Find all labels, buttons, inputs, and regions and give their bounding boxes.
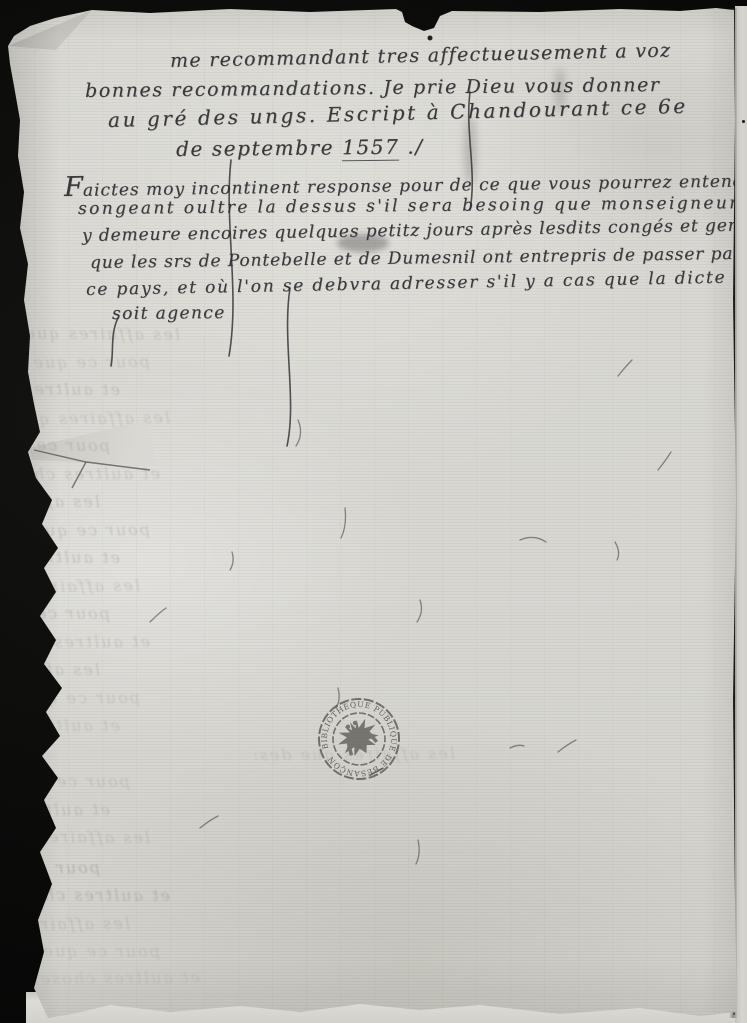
flourish-stroke xyxy=(287,288,291,446)
bleedthrough-line: et aultres choses semblables a quoy il c… xyxy=(0,800,110,822)
bleedthrough-line: et aultres choses semblables a quoy il c… xyxy=(0,377,120,399)
bleedthrough-line: pour ce que dessus est dict et accordé e… xyxy=(0,940,160,961)
bleedthrough-line: les affaires que dessus en la ville et a… xyxy=(0,487,100,511)
bleedthrough-line: les affaires que dessus en la ville et a… xyxy=(0,321,180,344)
date-year-underlined: 1557 xyxy=(342,135,400,162)
bleedthrough-line: les affaires que dessus en la ville et a… xyxy=(0,655,100,679)
date-prefix: de septembre xyxy=(176,135,342,161)
stamp-svg: BIBLIOTHÈQUE PUBLIQUE DE BESANÇON xyxy=(311,691,407,787)
bleedthrough-line: pour ce que dessus est dict et accordé e… xyxy=(0,858,100,880)
bleedthrough-line: et aultres choses semblables a quoy il c… xyxy=(0,632,150,653)
top-left-corner-fold xyxy=(8,8,118,58)
bleedthrough-line: pour ce que dessus est dict et accord xyxy=(0,352,150,373)
bleedthrough-line: les affaires que dessus en la ville et a… xyxy=(0,914,130,936)
bleedthrough-line: pour ce que dessus est dict et accordé e… xyxy=(0,600,110,623)
bleedthrough-line: pour ce que dessus est dict et accordé e… xyxy=(0,520,150,542)
bleedthrough-line: et aultres choses semblables a quoy il c… xyxy=(0,883,170,905)
closing-line-1: me recommandant tres affectueusement a v… xyxy=(170,40,672,72)
date-suffix: ./ xyxy=(399,134,424,158)
manuscript-scan: me recommandant tres affectueusement a v… xyxy=(0,0,747,1023)
bleedthrough-line: les affaires que dessus en la ville et a… xyxy=(0,576,140,599)
bleedthrough-line: et aultres choses semblables a quoy i xyxy=(0,968,200,989)
scattered-ink-marks xyxy=(150,360,671,864)
postscript-line-6: soit agence xyxy=(112,303,226,324)
bleedthrough-line: et aultres choses semblables a quoy il c… xyxy=(0,464,160,485)
manuscript-page: me recommandant tres affectueusement a v… xyxy=(0,0,747,1023)
bleedthrough-line: et aultres choses semblab xyxy=(0,715,120,735)
left-edge-fold xyxy=(28,418,178,478)
postscript-line-5: ce pays, et où l'on se debvra adresser s… xyxy=(86,268,727,300)
flourish-stroke xyxy=(111,318,118,366)
paper-hole-speck xyxy=(428,36,433,41)
bleedthrough-line: les affaires que dessus en la ville et a… xyxy=(0,824,150,847)
bleedthrough-line: et aultres choses semblables a quoy il c… xyxy=(0,545,120,567)
library-stamp: BIBLIOTHÈQUE PUBLIQUE DE BESANÇON xyxy=(311,691,407,787)
bleedthrough-line: pour ce que dessus est dict et accordé e… xyxy=(0,769,130,791)
dust-speck xyxy=(742,120,745,123)
bleedthrough-line: pour ce que dessus est dict et accor xyxy=(0,688,140,709)
date-line: de septembre 1557 ./ xyxy=(176,134,424,161)
postscript-line-3: y demeure encoires quelques petitz jours… xyxy=(82,216,747,246)
